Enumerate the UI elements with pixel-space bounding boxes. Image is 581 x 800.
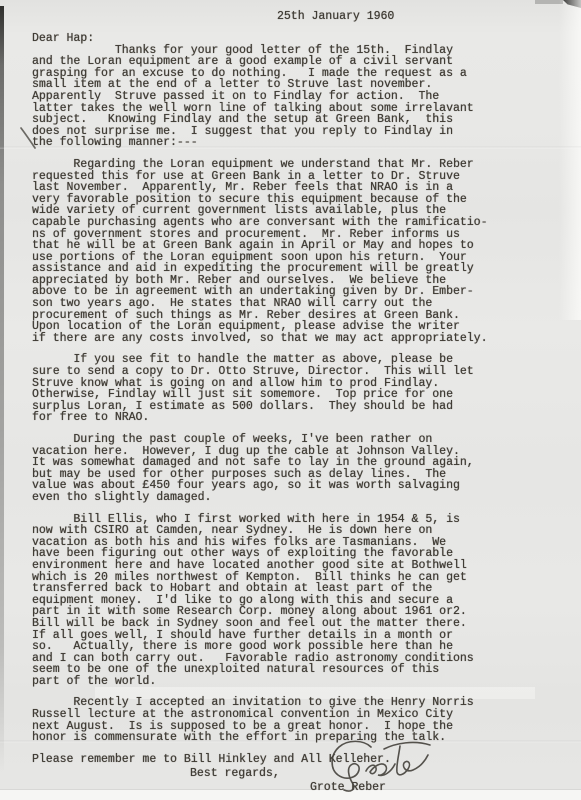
paragraph-4: During the past couple of weeks, I've be… [32, 434, 567, 504]
pen-mark [17, 125, 41, 153]
salutation: Dear Hap: [32, 33, 567, 45]
paragraph-5: Bill Ellis, who I first worked with here… [32, 514, 567, 688]
scan-edge-shadow-left [0, 6, 4, 772]
paragraph-3: If you see fit to handle the matter as a… [32, 354, 567, 424]
closing-note: Please remember me to Bill Hinkley and A… [32, 754, 567, 766]
letter-date: 25th January 1960 [277, 11, 394, 23]
paragraph-1: Thanks for your good letter of the 15th.… [32, 45, 567, 149]
paragraph-2: Regarding the Loran equipment we underst… [32, 159, 567, 345]
paragraph-6: Recently I accepted an invitation to giv… [32, 697, 567, 743]
handwritten-signature [326, 738, 446, 796]
letter-page: 25th January 1960 Dear Hap: Thanks for y… [0, 0, 581, 800]
letter-body: Dear Hap: Thanks for your good letter of… [32, 33, 567, 794]
